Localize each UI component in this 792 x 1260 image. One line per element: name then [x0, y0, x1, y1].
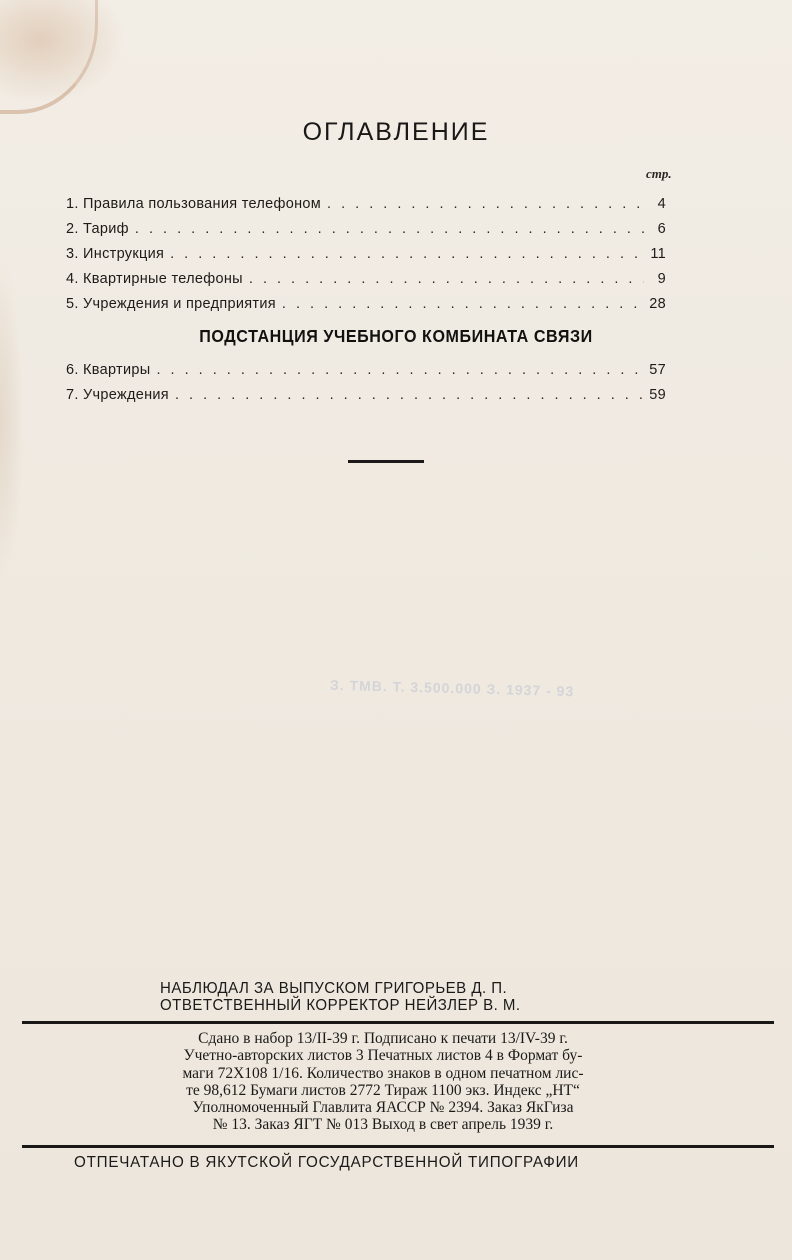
dot-leader [170, 246, 644, 262]
dot-leader [156, 362, 644, 378]
supervisor-credit: НАБЛЮДАЛ ЗА ВЫПУСКОМ ГРИГОРЬЕВ Д. П. [160, 980, 521, 997]
colophon: Сдано в набор 13/II-39 г. Подписано к пе… [118, 1030, 648, 1134]
table-of-contents-part-1: 1. Правила пользования телефоном 4 2. Та… [66, 196, 666, 321]
toc-entry-label: 7. Учреждения [66, 387, 175, 403]
toc-entry: 4. Квартирные телефоны 9 [66, 271, 666, 296]
colophon-line: Учетно-авторских листов 3 Печатных листо… [118, 1047, 648, 1064]
toc-entry: 1. Правила пользования телефоном 4 [66, 196, 666, 221]
toc-entry-page: 59 [644, 387, 666, 403]
toc-entry: 3. Инструкция 11 [66, 246, 666, 271]
toc-entry-label: 6. Квартиры [66, 362, 156, 378]
toc-entry-page: 28 [644, 296, 666, 312]
colophon-line: те 98,612 Бумаги листов 2772 Тираж 1100 … [118, 1082, 648, 1099]
toc-entry-page: 9 [644, 271, 666, 287]
toc-entry-label: 1. Правила пользования телефоном [66, 196, 327, 212]
dot-leader [135, 221, 644, 237]
page-column-label: стр. [646, 166, 672, 182]
scanned-page: ОГЛАВЛЕНИЕ стр. 1. Правила пользования т… [0, 0, 792, 1260]
horizontal-rule-bottom [22, 1145, 774, 1148]
colophon-line: № 13. Заказ ЯГТ № 013 Выход в свет апрел… [118, 1116, 648, 1133]
toc-entry-page: 4 [644, 196, 666, 212]
toc-entry-label: 3. Инструкция [66, 246, 170, 262]
dot-leader [249, 271, 644, 287]
colophon-line: маги 72Х108 1/16. Количество знаков в од… [118, 1065, 648, 1082]
toc-entry: 7. Учреждения 59 [66, 387, 666, 412]
toc-entry: 5. Учреждения и предприятия 28 [66, 296, 666, 321]
horizontal-rule-top [22, 1021, 774, 1024]
bleed-through-stamp: З. ТМВ. Т. 3.500.000 З. 1937 - 93 [330, 677, 575, 699]
toc-entry: 6. Квартиры 57 [66, 362, 666, 387]
credits-block: НАБЛЮДАЛ ЗА ВЫПУСКОМ ГРИГОРЬЕВ Д. П. ОТВ… [160, 980, 521, 1014]
toc-entry-label: 5. Учреждения и предприятия [66, 296, 282, 312]
toc-entry-page: 6 [644, 221, 666, 237]
table-of-contents-part-2: 6. Квартиры 57 7. Учреждения 59 [66, 362, 666, 412]
proofreader-credit: ОТВЕТСТВЕННЫЙ КОРРЕКТОР НЕЙЗЛЕР В. М. [160, 997, 521, 1014]
printer-imprint: ОТПЕЧАТАНО В ЯКУТСКОЙ ГОСУДАРСТВЕННОЙ ТИ… [74, 1154, 579, 1172]
colophon-line: Уполномоченный Главлита ЯАССР № 2394. За… [118, 1099, 648, 1116]
toc-entry-label: 4. Квартирные телефоны [66, 271, 249, 287]
page-title: ОГЛАВЛЕНИЕ [0, 118, 792, 147]
water-stain [0, 0, 98, 114]
dot-leader [175, 387, 644, 403]
toc-entry-page: 11 [644, 246, 666, 262]
toc-entry-label: 2. Тариф [66, 221, 135, 237]
toc-entry-page: 57 [644, 362, 666, 378]
decorative-rule [348, 460, 424, 463]
toc-entry: 2. Тариф 6 [66, 221, 666, 246]
dot-leader [282, 296, 644, 312]
dot-leader [327, 196, 644, 212]
colophon-line: Сдано в набор 13/II-39 г. Подписано к пе… [118, 1030, 648, 1047]
section-heading: ПОДСТАНЦИЯ УЧЕБНОГО КОМБИНАТА СВЯЗИ [32, 326, 761, 347]
